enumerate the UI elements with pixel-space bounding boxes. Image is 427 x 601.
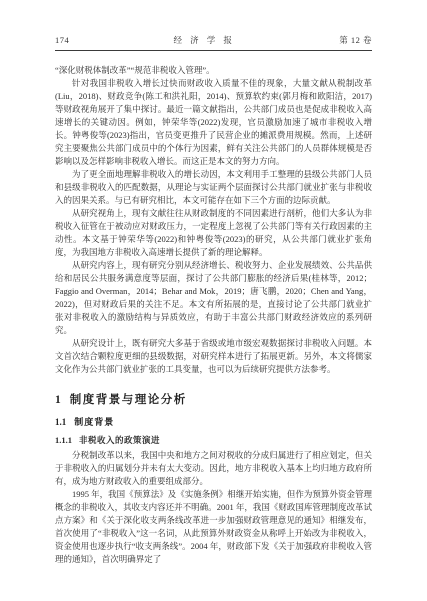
- paragraph-continuation: “深化财税体制改革”“规范非税收入管理”。: [55, 64, 372, 77]
- journal-title: 经 济 学 报: [174, 34, 235, 46]
- section-title: 制度背景: [74, 417, 114, 427]
- section-title: 非税收入的政策演进: [79, 435, 160, 445]
- paragraph-motivation: 为了更全面地理解非税收入的增长动因，本文利用手工整理的县级公共部门人员和县级非税…: [55, 168, 372, 207]
- section-heading-1-1-1: 1.1.1非税收入的政策演进: [55, 434, 372, 447]
- article-body: “深化财税体制改革”“规范非税收入管理”。 针对我国非税收入增长过快而财政收入质…: [55, 51, 372, 566]
- paragraph-contribution-content: 从研究内容上，现有研究分别从经济增长、税收努力、企业发展绩效、公共品供给和居民公…: [55, 259, 372, 337]
- journal-page: 174 经 济 学 报 第 12 卷 “深化财税体制改革”“规范非税收入管理”。…: [0, 0, 427, 601]
- section-heading-1: 1制度背景与理论分析: [55, 393, 372, 408]
- section-number: 1: [55, 394, 61, 406]
- paragraph-contribution-perspective: 从研究视角上，现有文献往往从财政制度的不同因素进行剖析，他们大多认为非税收入征管…: [55, 207, 372, 259]
- page-number: 174: [55, 35, 69, 45]
- section-title: 制度背景与理论分析: [70, 394, 187, 406]
- section-number: 1.1: [55, 417, 66, 427]
- paragraph-literature-review: 针对我国非税收入增长过快而财政收入质量不佳的现象，大量文献从税制改革(Liu，2…: [55, 77, 372, 168]
- paragraph-policy-history: 1995 年，我国《预算法》及《实施条例》相继开始实施，但作为预算外资金管理概念…: [55, 488, 372, 566]
- section-heading-1-1: 1.1制度背景: [55, 416, 372, 429]
- section-number: 1.1.1: [55, 435, 72, 445]
- page-header: 174 经 济 学 报 第 12 卷: [55, 34, 372, 51]
- paragraph-tax-sharing: 分税制改革以来，我国中央和地方之间对税收的分成归属进行了相应划定，但关于非税收入…: [55, 449, 372, 488]
- volume-label: 第 12 卷: [339, 34, 372, 46]
- paragraph-contribution-design: 从研究设计上，既有研究大多基于省级或地市级宏观数据探讨非税收入问题。本文首次结合…: [55, 337, 372, 376]
